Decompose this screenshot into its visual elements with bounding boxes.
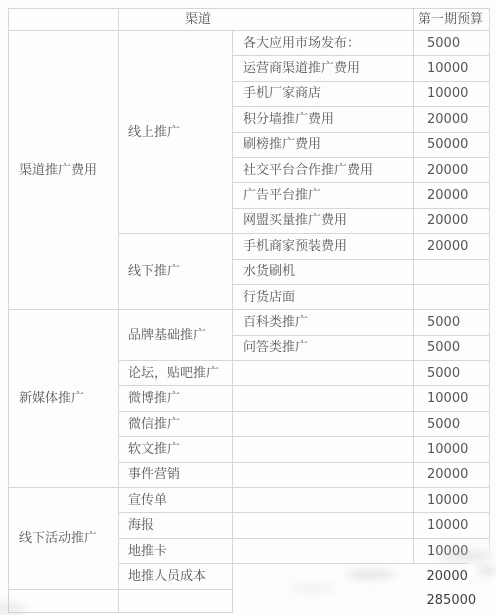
cell-item: 社交平台合作推广费用 — [233, 157, 414, 182]
cell-total-budget: 285000 — [414, 589, 490, 612]
cell-empty — [233, 437, 414, 462]
cell-budget: 5000 — [414, 335, 490, 360]
cell-category-new-media: 新媒体推广 — [9, 310, 119, 488]
cell-budget: 5000 — [414, 310, 490, 335]
cell-category-offline-activity: 线下活动推广 — [9, 488, 119, 590]
cell-budget: 5000 — [414, 31, 490, 56]
cell-subcategory-item: 地推人员成本 — [119, 564, 233, 589]
cell-item: 运营商渠道推广费用 — [233, 56, 414, 81]
cell-subcategory-online: 线上推广 — [119, 31, 233, 234]
cell-budget: 20000 — [414, 564, 490, 589]
cell-budget: 20000 — [414, 208, 490, 233]
cell-empty — [233, 564, 414, 589]
cell-budget — [414, 284, 490, 309]
cell-budget: 50000 — [414, 132, 490, 157]
cell-item: 刷榜推广费用 — [233, 132, 414, 157]
cell-subcategory-brand-basic: 品牌基础推广 — [119, 310, 233, 361]
cell-budget: 20000 — [414, 462, 490, 487]
cell-category-channel-promo: 渠道推广费用 — [9, 31, 119, 310]
cell-empty — [119, 589, 233, 612]
cell-item: 百科类推广 — [233, 310, 414, 335]
cell-item: 各大应用市场发布： — [233, 31, 414, 56]
header-channel: 渠道 — [119, 9, 414, 31]
cell-empty — [233, 411, 414, 436]
cell-subcategory-item: 软文推广 — [119, 437, 233, 462]
cell-empty — [233, 361, 414, 386]
cell-empty — [233, 386, 414, 411]
cell-budget: 20000 — [414, 234, 490, 259]
total-row: 285000 — [9, 589, 490, 612]
cell-budget: 5000 — [414, 411, 490, 436]
cell-empty — [233, 589, 414, 612]
cell-subcategory-offline: 线下推广 — [119, 234, 233, 310]
cell-item: 手机厂家商店 — [233, 81, 414, 106]
cell-subcategory-item: 论坛，贴吧推广 — [119, 361, 233, 386]
cell-budget: 10000 — [414, 386, 490, 411]
header-empty-cell — [9, 9, 119, 31]
cell-budget: 20000 — [414, 107, 490, 132]
cell-empty — [9, 589, 119, 612]
cell-subcategory-item: 事件营销 — [119, 462, 233, 487]
cell-budget: 20000 — [414, 157, 490, 182]
cell-item: 网盟买量推广费用 — [233, 208, 414, 233]
cell-subcategory-item: 海报 — [119, 513, 233, 538]
cell-budget: 10000 — [414, 488, 490, 513]
table-row: 渠道推广费用 线上推广 各大应用市场发布： 5000 — [9, 31, 490, 56]
cell-item: 行货店面 — [233, 284, 414, 309]
cell-item: 手机商家预装费用 — [233, 234, 414, 259]
cell-empty — [233, 488, 414, 513]
page-background: 渠道 第一期预算 渠道推广费用 线上推广 各大应用市场发布： 5000 运营商渠… — [0, 0, 496, 615]
cell-item: 水货刷机 — [233, 259, 414, 284]
cell-budget: 10000 — [414, 56, 490, 81]
cell-empty — [233, 462, 414, 487]
cell-empty — [233, 513, 414, 538]
cell-budget: 10000 — [414, 81, 490, 106]
table-row: 新媒体推广 品牌基础推广 百科类推广 5000 — [9, 310, 490, 335]
cell-subcategory-item: 地推卡 — [119, 538, 233, 563]
cell-item: 问答类推广 — [233, 335, 414, 360]
budget-table: 渠道 第一期预算 渠道推广费用 线上推广 各大应用市场发布： 5000 运营商渠… — [8, 8, 490, 613]
table-row: 线下活动推广 宣传单 10000 — [9, 488, 490, 513]
cell-item: 广告平台推广 — [233, 183, 414, 208]
header-budget: 第一期预算 — [414, 9, 490, 31]
cell-budget: 10000 — [414, 513, 490, 538]
cell-budget: 10000 — [414, 538, 490, 563]
cell-subcategory-item: 微信推广 — [119, 411, 233, 436]
cell-budget — [414, 259, 490, 284]
header-row: 渠道 第一期预算 — [9, 9, 490, 31]
cell-item: 积分墙推广费用 — [233, 107, 414, 132]
cell-budget: 20000 — [414, 183, 490, 208]
cell-budget: 10000 — [414, 437, 490, 462]
cell-empty — [233, 538, 414, 563]
cell-subcategory-item: 宣传单 — [119, 488, 233, 513]
cell-budget: 5000 — [414, 361, 490, 386]
cell-subcategory-item: 微博推广 — [119, 386, 233, 411]
